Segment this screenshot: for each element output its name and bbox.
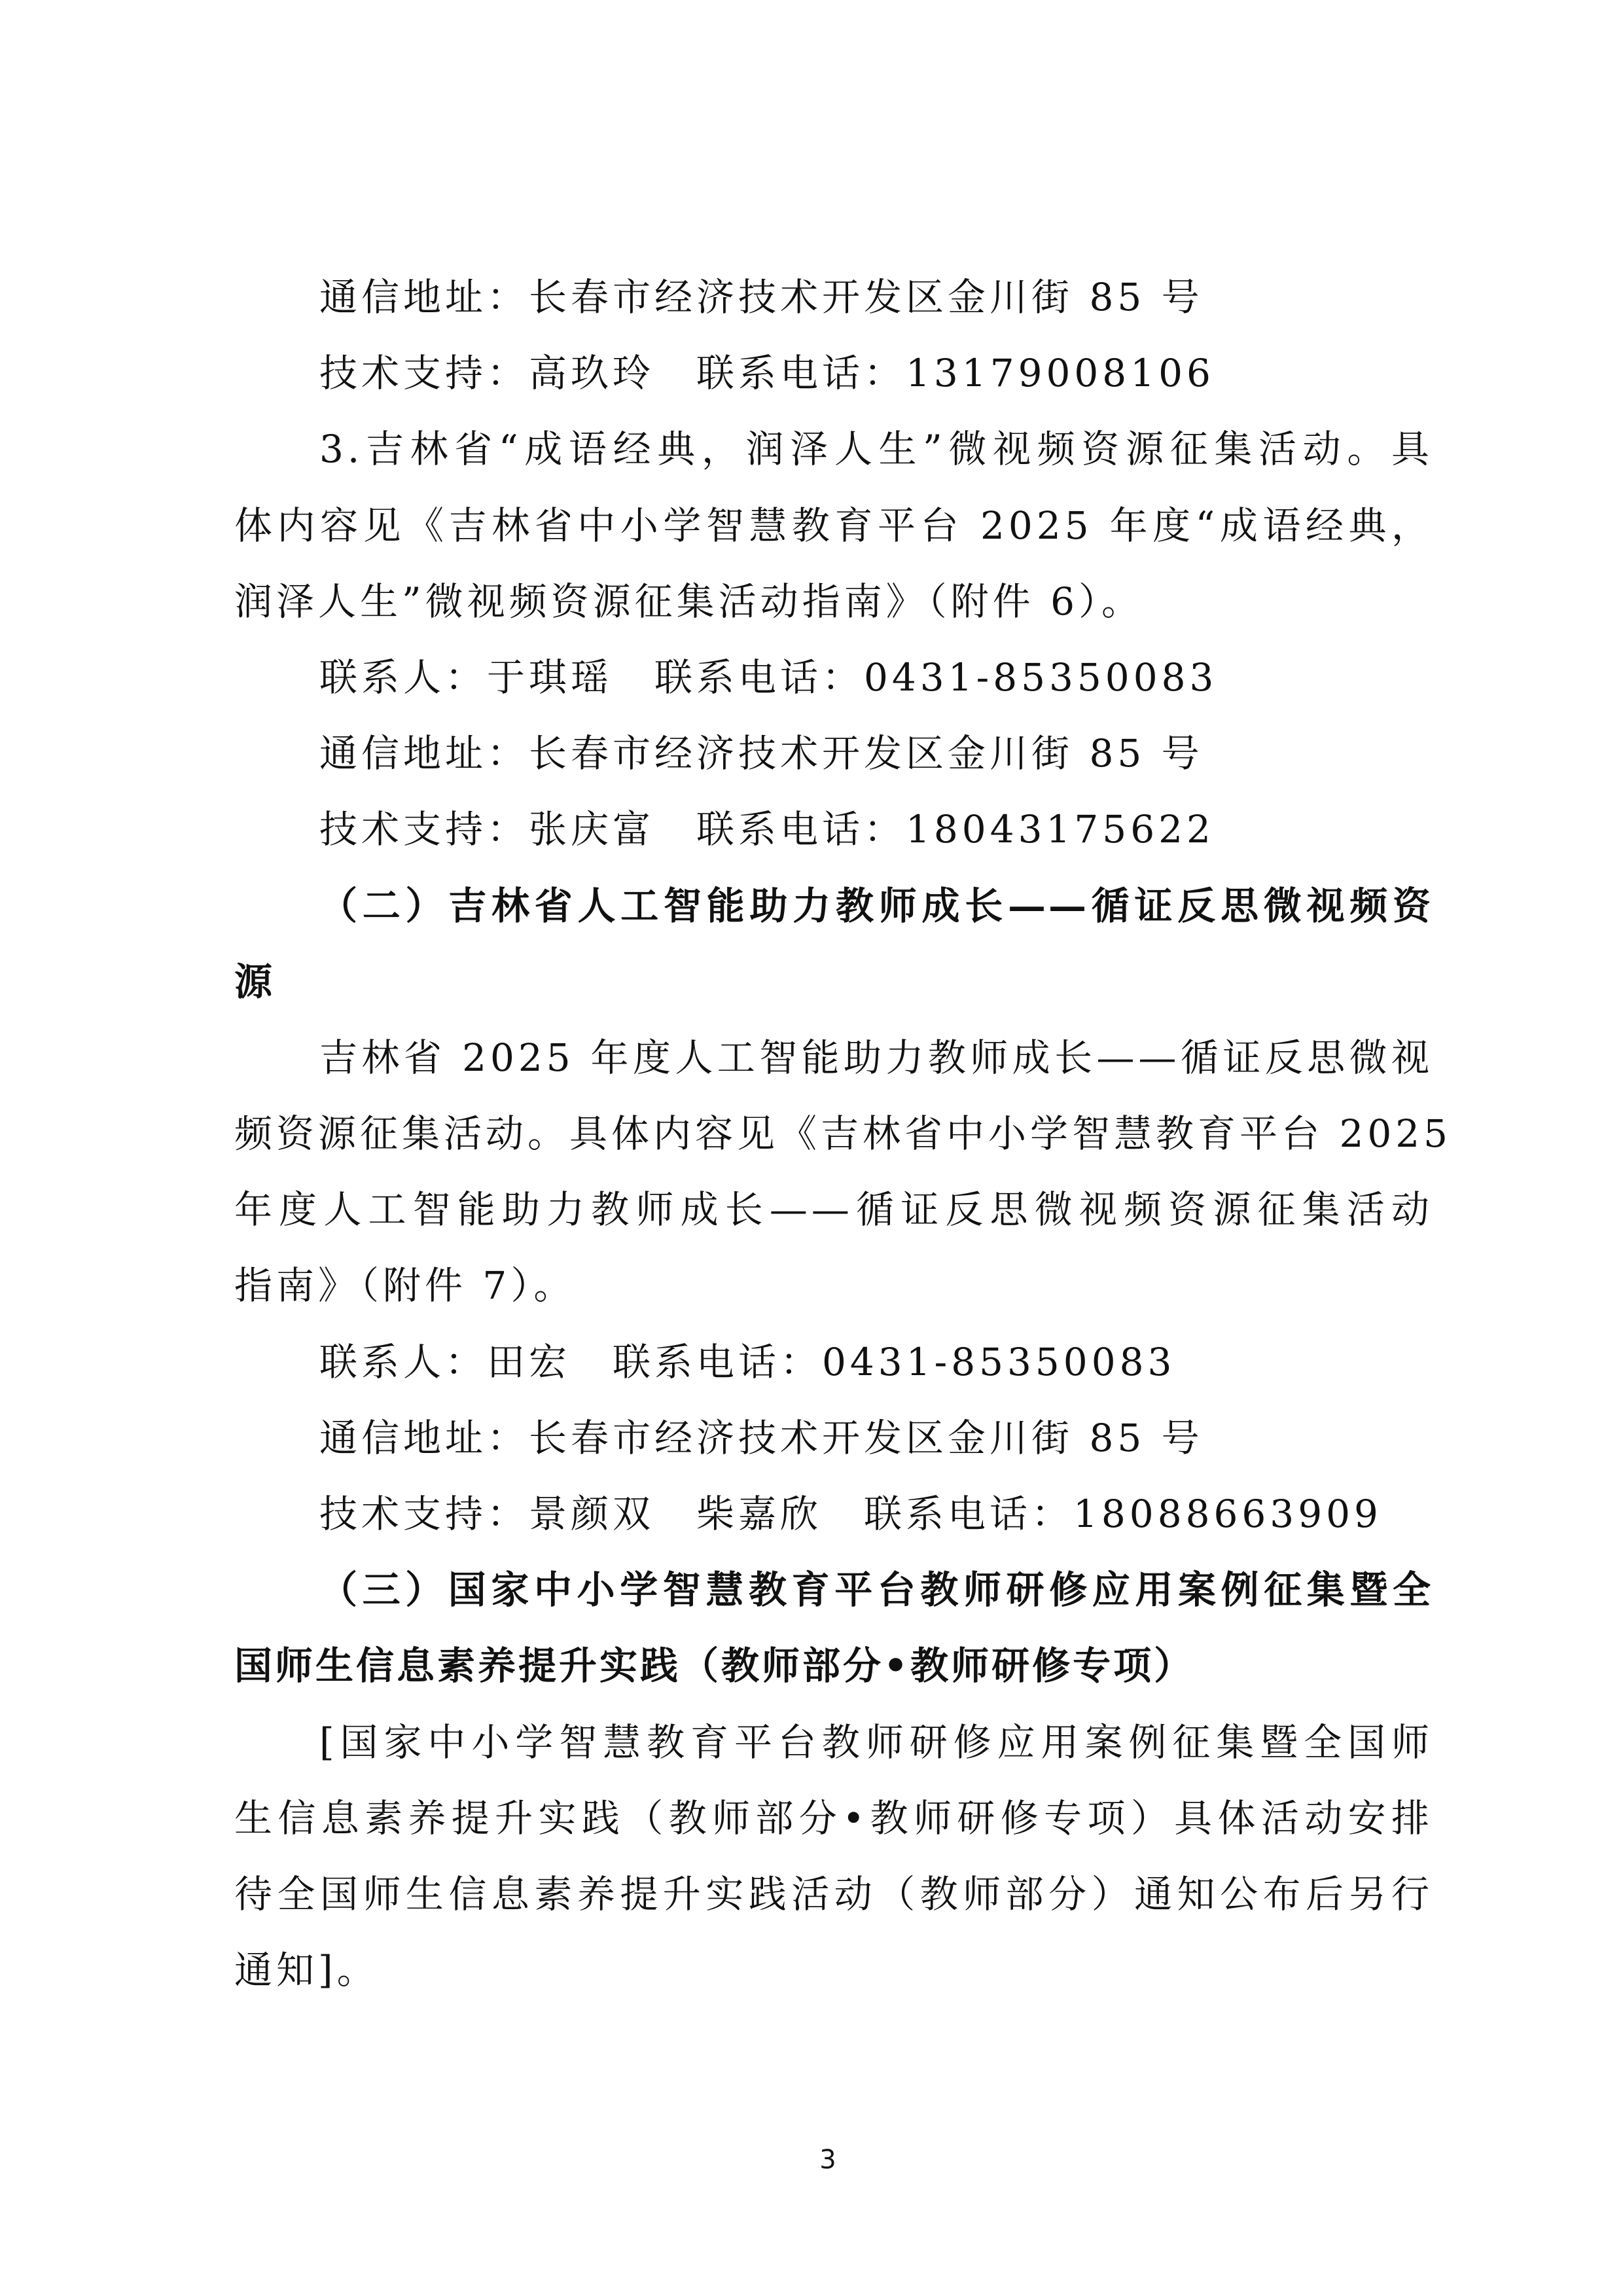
page-number: 3 (811, 2142, 844, 2178)
section3-body-line: [国家中小学智慧教育平台教师研修应用案例征集暨全国师 (234, 1704, 1433, 1780)
section2-contact-line: 联系人：田宏 联系电话：0431-85350083 (234, 1324, 1433, 1400)
section2-body-line: 指南》（附件 7）。 (234, 1247, 1433, 1323)
item3-contact-line: 联系人：于琪瑶 联系电话：0431-85350083 (234, 639, 1433, 715)
document-page: 通信地址：长春市经济技术开发区金川街 85 号 技术支持：高玖玲 联系电话：13… (0, 0, 1623, 2296)
section3-body-line: 待全国师生信息素养提升实践活动（教师部分）通知公布后另行 (234, 1856, 1433, 1932)
item3-body-line: 体内容见《吉林省中小学智慧教育平台 2025 年度“成语经典， (234, 488, 1433, 564)
section3-body-line: 通知]。 (234, 1932, 1433, 2008)
item3-support-line: 技术支持：张庆富 联系电话：18043175622 (234, 791, 1433, 867)
section2-body-line: 吉林省 2025 年度人工智能助力教师成长——循证反思微视 (234, 1020, 1433, 1096)
section2-body-line: 频资源征集活动。具体内容见《吉林省中小学智慧教育平台 2025 (234, 1096, 1433, 1172)
item3-title-line: 3.吉林省“成语经典，润泽人生”微视频资源征集活动。具 (234, 411, 1433, 487)
section3-heading-continuation: 国师生信息素养提升实践（教师部分•教师研修专项） (234, 1628, 1433, 1704)
section2-support-line: 技术支持：景颜双 柴嘉欣 联系电话：18088663909 (234, 1476, 1433, 1552)
item3-body-line: 润泽人生”微视频资源征集活动指南》（附件 6）。 (234, 564, 1433, 639)
section2-body-line: 年度人工智能助力教师成长——循证反思微视频资源征集活动 (234, 1172, 1433, 1247)
section3-heading: （三）国家中小学智慧教育平台教师研修应用案例征集暨全 (234, 1552, 1433, 1628)
item3-prev-support-line: 技术支持：高玖玲 联系电话：13179008106 (234, 335, 1433, 411)
item3-prev-address-line: 通信地址：长春市经济技术开发区金川街 85 号 (234, 259, 1433, 335)
item3-address-line: 通信地址：长春市经济技术开发区金川街 85 号 (234, 715, 1433, 791)
section2-heading: （二）吉林省人工智能助力教师成长——循证反思微视频资 (234, 868, 1433, 944)
text-column: 通信地址：长春市经济技术开发区金川街 85 号 技术支持：高玖玲 联系电话：13… (234, 259, 1433, 2008)
section3-body-line: 生信息素养提升实践（教师部分•教师研修专项）具体活动安排 (234, 1780, 1433, 1856)
section2-heading-continuation: 源 (234, 944, 1433, 1020)
section2-address-line: 通信地址：长春市经济技术开发区金川街 85 号 (234, 1400, 1433, 1476)
